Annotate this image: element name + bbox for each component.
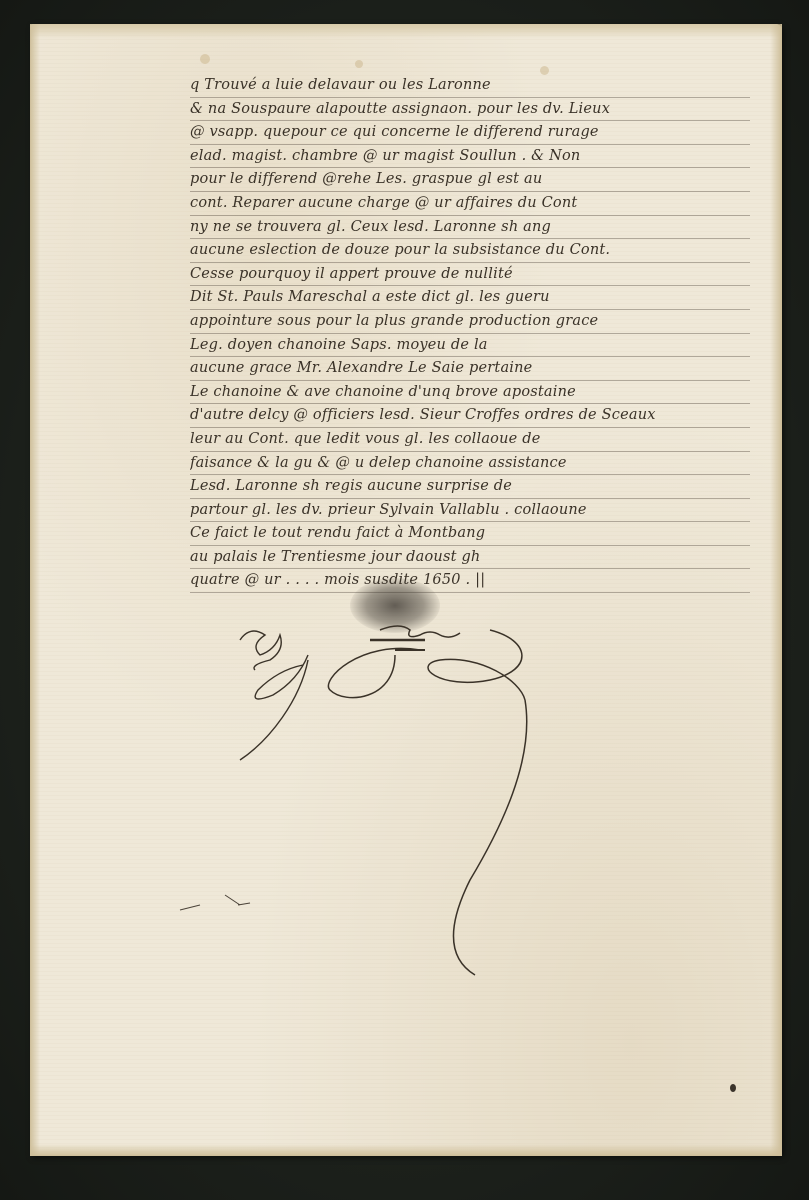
signature-center [328, 626, 526, 975]
signature-left [240, 631, 308, 760]
ink-smudge [180, 895, 250, 910]
signature-flourishes [0, 0, 809, 1200]
